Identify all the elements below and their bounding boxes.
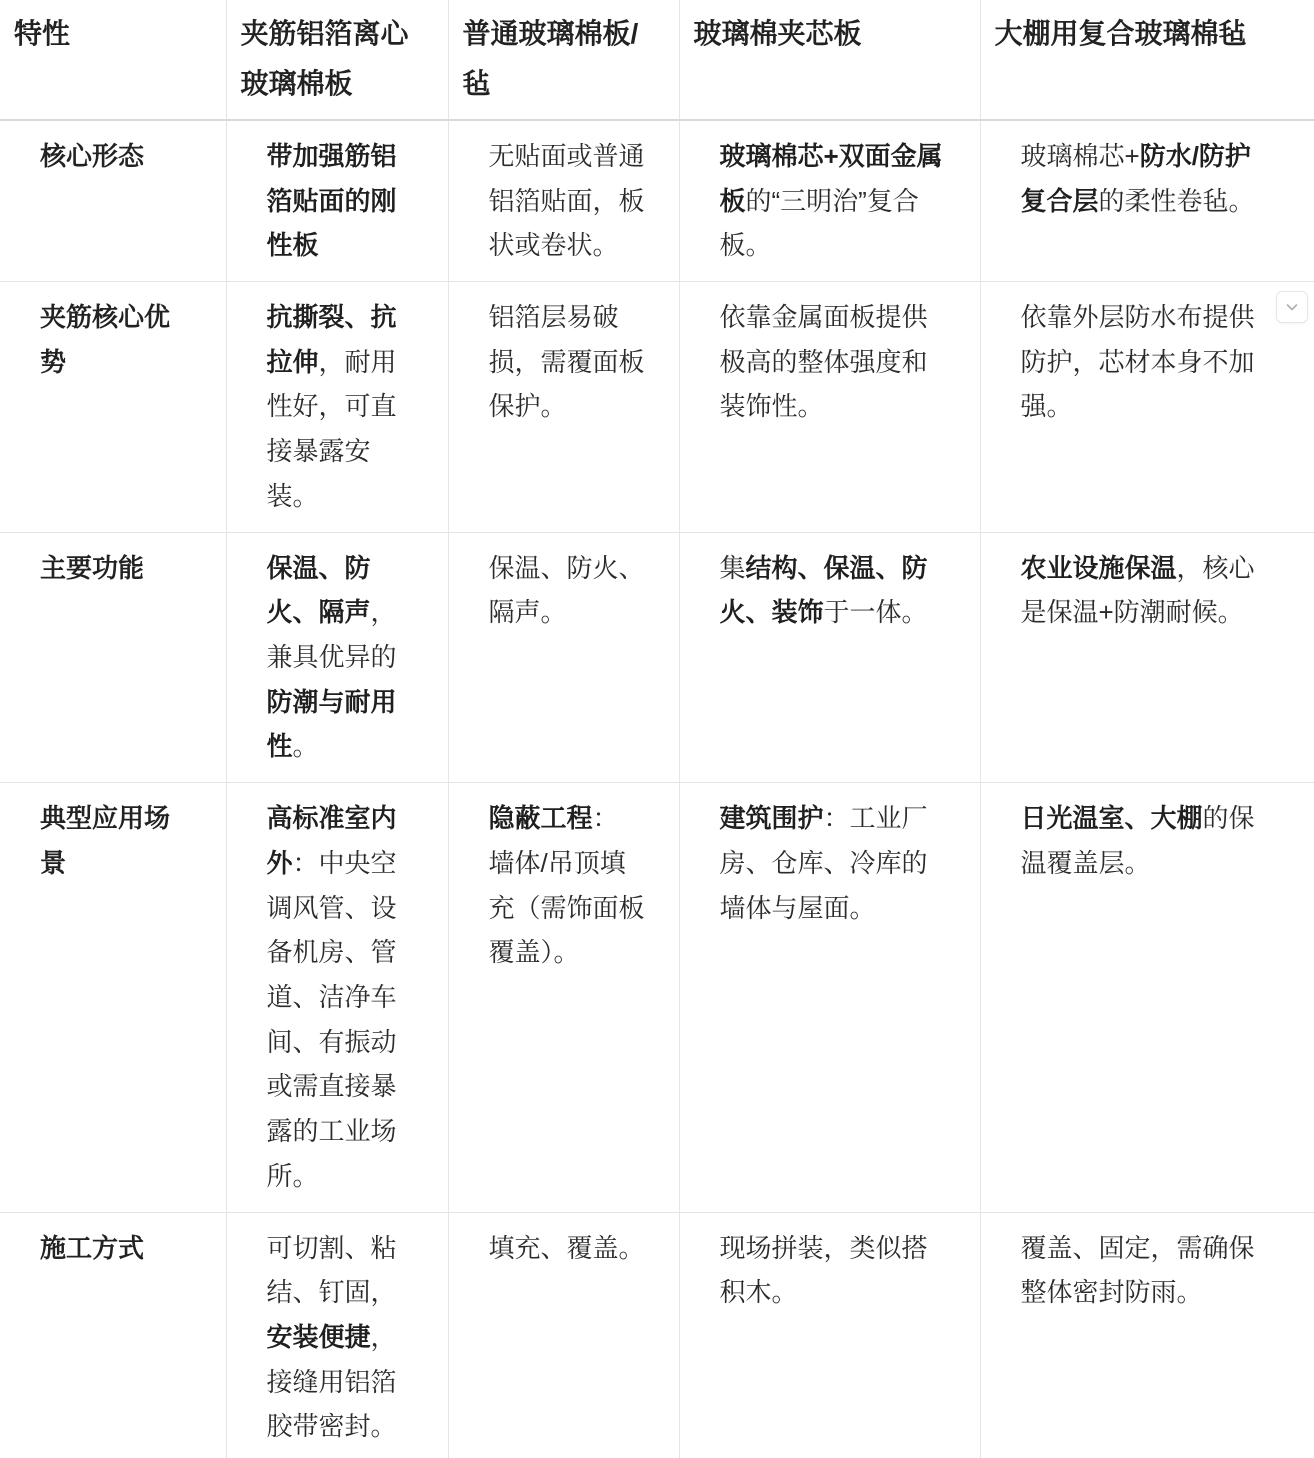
table-cell: 保温、防火、隔声。 — [448, 532, 679, 783]
cell-text: 铝箔层易破损，需覆面板保护。 — [489, 302, 645, 421]
cell-text: 可切割、粘结、钉固， — [267, 1233, 397, 1308]
column-header-1: 夹筋铝箔离心玻璃棉板 — [226, 0, 448, 120]
cell-text: 。 — [293, 731, 319, 761]
table-cell: 无贴面或普通铝箔贴面，板状或卷状。 — [448, 120, 679, 282]
cell-text: 无贴面或普通铝箔贴面，板状或卷状。 — [489, 141, 645, 260]
cell-text: 依靠外层防水布提供防护，芯材本身不加强。 — [1021, 302, 1255, 421]
cell-text-bold: 农业设施保温 — [1021, 553, 1177, 583]
comparison-table: 特性夹筋铝箔离心玻璃棉板普通玻璃棉板/毡玻璃棉夹芯板大棚用复合玻璃棉毡 核心形态… — [0, 0, 1314, 1458]
row-label: 典型应用场景 — [0, 783, 226, 1212]
header-row: 特性夹筋铝箔离心玻璃棉板普通玻璃棉板/毡玻璃棉夹芯板大棚用复合玻璃棉毡 — [0, 0, 1314, 120]
table-row: 夹筋核心优势抗撕裂、抗拉伸，耐用性好，可直接暴露安装。铝箔层易破损，需覆面板保护… — [0, 281, 1314, 532]
cell-text: ：中央空调风管、设备机房、管道、洁净车间、有振动或需直接暴露的工业场所。 — [267, 848, 397, 1191]
table-row: 核心形态带加强筋铝箔贴面的刚性板无贴面或普通铝箔贴面，板状或卷状。玻璃棉芯+双面… — [0, 120, 1314, 282]
table-cell: 玻璃棉芯+防水/防护复合层的柔性卷毡。 — [980, 120, 1314, 282]
table-cell: 集结构、保温、防火、装饰于一体。 — [679, 532, 980, 783]
cell-text-bold: 日光温室、大棚 — [1021, 803, 1203, 833]
column-header-0: 特性 — [0, 0, 226, 120]
column-header-3: 玻璃棉夹芯板 — [679, 0, 980, 120]
cell-text-bold: 安装便捷 — [267, 1322, 371, 1352]
table-cell: 高标准室内外：中央空调风管、设备机房、管道、洁净车间、有振动或需直接暴露的工业场… — [226, 783, 448, 1212]
table-cell: 依靠外层防水布提供防护，芯材本身不加强。 — [980, 281, 1314, 532]
cell-text-bold: 隐蔽工程 — [489, 803, 593, 833]
cell-text: 玻璃棉芯+ — [1021, 141, 1140, 171]
table-cell: 依靠金属面板提供极高的整体强度和装饰性。 — [679, 281, 980, 532]
cell-text: 的柔性卷毡。 — [1099, 186, 1255, 216]
cell-text: 填充、覆盖。 — [489, 1233, 645, 1263]
column-header-4: 大棚用复合玻璃棉毡 — [980, 0, 1314, 120]
table-cell: 覆盖、固定，需确保整体密封防雨。 — [980, 1212, 1314, 1458]
table-body: 核心形态带加强筋铝箔贴面的刚性板无贴面或普通铝箔贴面，板状或卷状。玻璃棉芯+双面… — [0, 120, 1314, 1458]
table-cell: 带加强筋铝箔贴面的刚性板 — [226, 120, 448, 282]
cell-text: 的“三明治”复合板。 — [720, 186, 919, 261]
table-cell: 可切割、粘结、钉固，安装便捷，接缝用铝箔胶带密封。 — [226, 1212, 448, 1458]
table-cell: 日光温室、大棚的保温覆盖层。 — [980, 783, 1314, 1212]
cell-text-bold: 保温、防火、隔声 — [267, 553, 371, 628]
cell-text-bold: 防潮与耐用性 — [267, 687, 397, 762]
table-cell: 隐蔽工程：墙体/吊顶填充（需饰面板覆盖）。 — [448, 783, 679, 1212]
table-cell: 抗撕裂、抗拉伸，耐用性好，可直接暴露安装。 — [226, 281, 448, 532]
cell-text: 依靠金属面板提供极高的整体强度和装饰性。 — [720, 302, 928, 421]
table-cell: 填充、覆盖。 — [448, 1212, 679, 1458]
chevron-down-icon — [1284, 299, 1300, 315]
cell-text-bold: 建筑围护 — [720, 803, 824, 833]
table-collapse-button[interactable] — [1276, 291, 1308, 323]
row-label: 施工方式 — [0, 1212, 226, 1458]
table-cell: 现场拼装，类似搭积木。 — [679, 1212, 980, 1458]
table-row: 典型应用场景高标准室内外：中央空调风管、设备机房、管道、洁净车间、有振动或需直接… — [0, 783, 1314, 1212]
row-label: 夹筋核心优势 — [0, 281, 226, 532]
table-cell: 玻璃棉芯+双面金属板的“三明治”复合板。 — [679, 120, 980, 282]
table-cell: 农业设施保温，核心是保温+防潮耐候。 — [980, 532, 1314, 783]
table-cell: 铝箔层易破损，需覆面板保护。 — [448, 281, 679, 532]
column-header-2: 普通玻璃棉板/毡 — [448, 0, 679, 120]
table-cell: 建筑围护：工业厂房、仓库、冷库的墙体与屋面。 — [679, 783, 980, 1212]
cell-text: 集 — [720, 553, 746, 583]
cell-text: 于一体。 — [824, 597, 928, 627]
row-label: 主要功能 — [0, 532, 226, 783]
cell-text-bold: 带加强筋铝箔贴面的刚性板 — [267, 141, 397, 260]
table-row: 主要功能保温、防火、隔声，兼具优异的防潮与耐用性。保温、防火、隔声。集结构、保温… — [0, 532, 1314, 783]
cell-text: 保温、防火、隔声。 — [489, 553, 645, 628]
cell-text: 现场拼装，类似搭积木。 — [720, 1233, 928, 1308]
table-row: 施工方式可切割、粘结、钉固，安装便捷，接缝用铝箔胶带密封。填充、覆盖。现场拼装，… — [0, 1212, 1314, 1458]
cell-text: 覆盖、固定，需确保整体密封防雨。 — [1021, 1233, 1255, 1308]
table-cell: 保温、防火、隔声，兼具优异的防潮与耐用性。 — [226, 532, 448, 783]
row-label: 核心形态 — [0, 120, 226, 282]
